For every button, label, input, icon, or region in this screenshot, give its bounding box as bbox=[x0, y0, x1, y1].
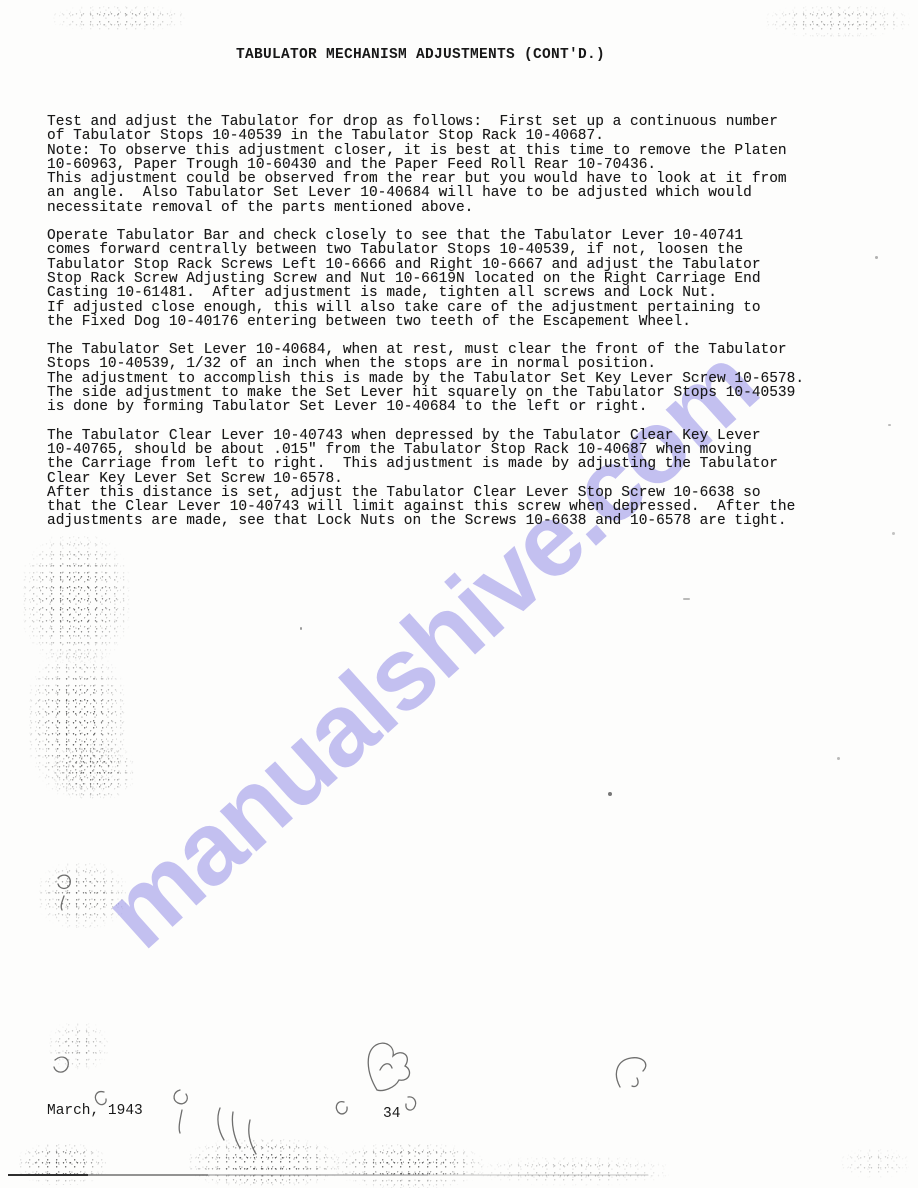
ink-smudge-bottom bbox=[335, 1143, 483, 1188]
page-number: 34 bbox=[383, 1106, 400, 1122]
scan-speckle-top-right bbox=[765, 5, 910, 37]
ink-smudge-bottom bbox=[188, 1138, 340, 1188]
ink-smudge-bottom bbox=[48, 1022, 108, 1070]
footer-date: March, 1943 bbox=[47, 1103, 143, 1119]
paragraph-1: Test and adjust the Tabulator for drop a… bbox=[47, 115, 857, 215]
ink-dash bbox=[683, 598, 690, 600]
ink-blot bbox=[174, 1090, 187, 1104]
paragraph-4: The Tabulator Clear Lever 10-40743 when … bbox=[47, 429, 857, 529]
ink-blot bbox=[406, 1097, 416, 1110]
page-title: TABULATOR MECHANISM ADJUSTMENTS (CONT'D.… bbox=[236, 47, 605, 63]
ink-blot bbox=[179, 1110, 182, 1133]
ink-dot bbox=[300, 627, 302, 630]
scanned-document-page: TABULATOR MECHANISM ADJUSTMENTS (CONT'D.… bbox=[0, 0, 918, 1188]
paragraph-2: Operate Tabulator Bar and check closely … bbox=[47, 229, 857, 329]
ink-dot bbox=[837, 757, 840, 760]
ink-smudge-bottom bbox=[840, 1148, 910, 1178]
ink-dot bbox=[892, 532, 895, 535]
ink-smudge-left bbox=[22, 535, 130, 663]
ink-smudge-left bbox=[52, 742, 134, 800]
scan-edge-line bbox=[8, 1174, 668, 1176]
ink-smudge-bottom bbox=[480, 1156, 670, 1186]
scan-speckle-top-left bbox=[52, 5, 187, 31]
ink-smudge-bottom bbox=[18, 1143, 106, 1185]
ink-blot bbox=[616, 1058, 645, 1087]
ink-blot bbox=[380, 1064, 392, 1070]
ink-blot bbox=[336, 1102, 347, 1114]
body-text: Test and adjust the Tabulator for drop a… bbox=[47, 115, 857, 543]
paragraph-3: The Tabulator Set Lever 10-40684, when a… bbox=[47, 343, 857, 414]
ink-dot bbox=[608, 792, 612, 796]
ink-blot bbox=[368, 1043, 409, 1090]
ink-smudge-left bbox=[38, 862, 126, 928]
ink-blot bbox=[218, 1108, 224, 1140]
ink-dot bbox=[888, 424, 891, 426]
ink-dot bbox=[875, 256, 878, 259]
ink-blot bbox=[632, 1078, 638, 1087]
